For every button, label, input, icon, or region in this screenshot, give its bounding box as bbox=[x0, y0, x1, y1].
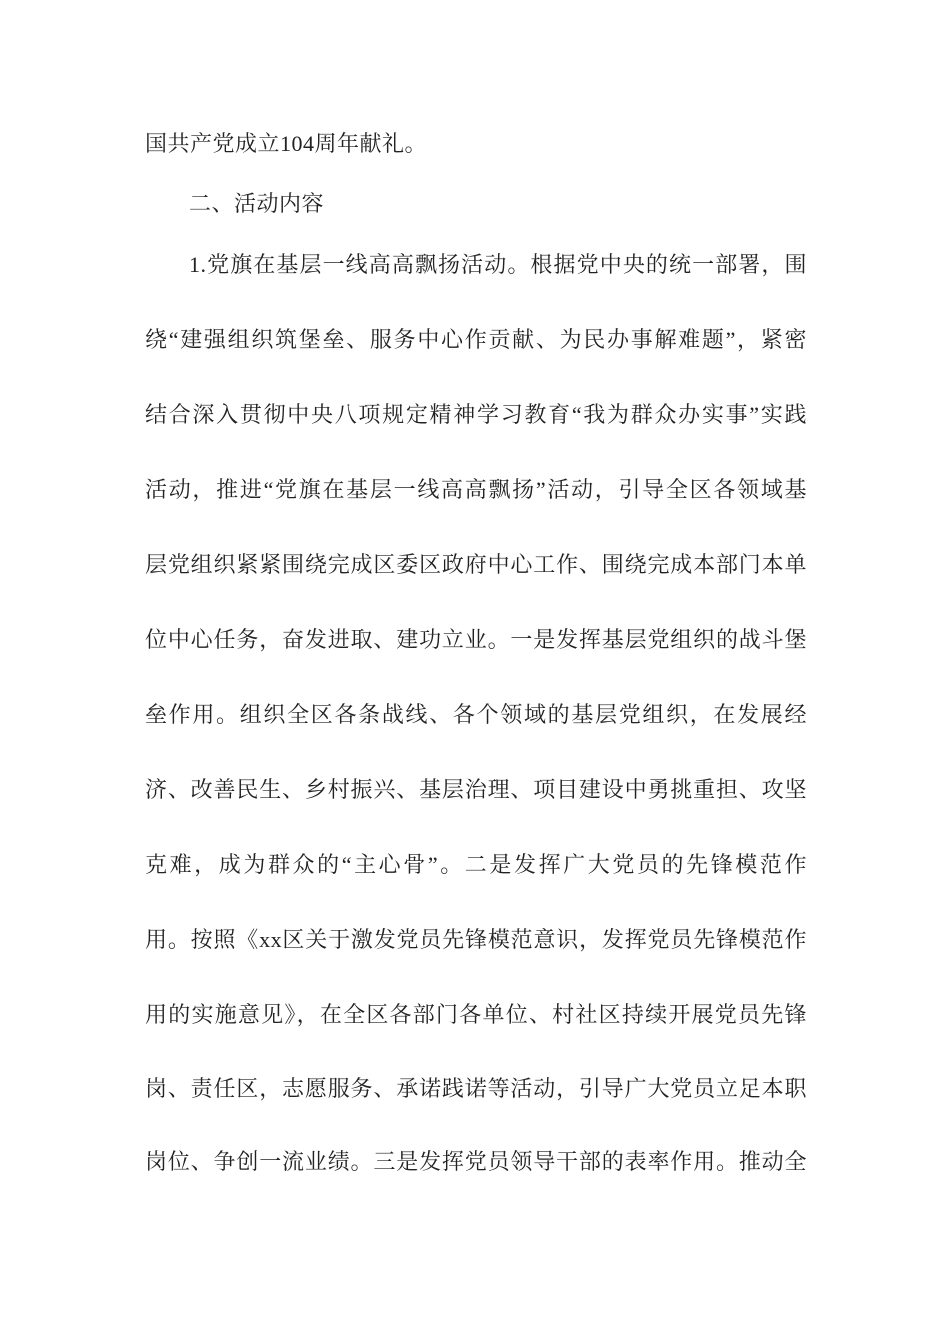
paragraph-line: 垒作用。组织全区各条战线、各个领域的基层党组织，在发展经 bbox=[145, 700, 807, 730]
paragraph-line: 层党组织紧紧围绕完成区委区政府中心工作、围绕完成本部门本单 bbox=[145, 550, 807, 580]
paragraph-line: 用。按照《xx区关于激发党员先锋模范意识，发挥党员先锋模范作 bbox=[145, 925, 807, 955]
paragraph-line: 绕“建强组织筑堡垒、服务中心作贡献、为民办事解难题”，紧密 bbox=[145, 325, 807, 355]
paragraph-line: 位中心任务，奋发进取、建功立业。一是发挥基层党组织的战斗堡 bbox=[145, 625, 807, 655]
paragraph-line: 克难，成为群众的“主心骨”。二是发挥广大党员的先锋模范作 bbox=[145, 850, 807, 880]
paragraph-line: 岗、责任区，志愿服务、承诺践诺等活动，引导广大党员立足本职 bbox=[145, 1074, 807, 1104]
paragraph-continuation-line: 国共产党成立104周年献礼。 bbox=[145, 129, 807, 159]
document-page: 国共产党成立104周年献礼。 二、活动内容 1.党旗在基层一线高高飘扬活动。根据… bbox=[0, 0, 950, 1344]
paragraph-line: 结合深入贯彻中央八项规定精神学习教育“我为群众办实事”实践 bbox=[145, 400, 807, 430]
paragraph-line: 岗位、争创一流业绩。三是发挥党员领导干部的表率作用。推动全 bbox=[145, 1147, 807, 1177]
paragraph-first-line: 1.党旗在基层一线高高飘扬活动。根据党中央的统一部署，围 bbox=[145, 250, 807, 280]
paragraph-line: 济、改善民生、乡村振兴、基层治理、项目建设中勇挑重担、攻坚 bbox=[145, 775, 807, 805]
paragraph-line: 用的实施意见》，在全区各部门各单位、村社区持续开展党员先锋 bbox=[145, 1000, 807, 1030]
paragraph-line: 活动，推进“党旗在基层一线高高飘扬”活动，引导全区各领域基 bbox=[145, 475, 807, 505]
section-heading: 二、活动内容 bbox=[145, 189, 807, 219]
